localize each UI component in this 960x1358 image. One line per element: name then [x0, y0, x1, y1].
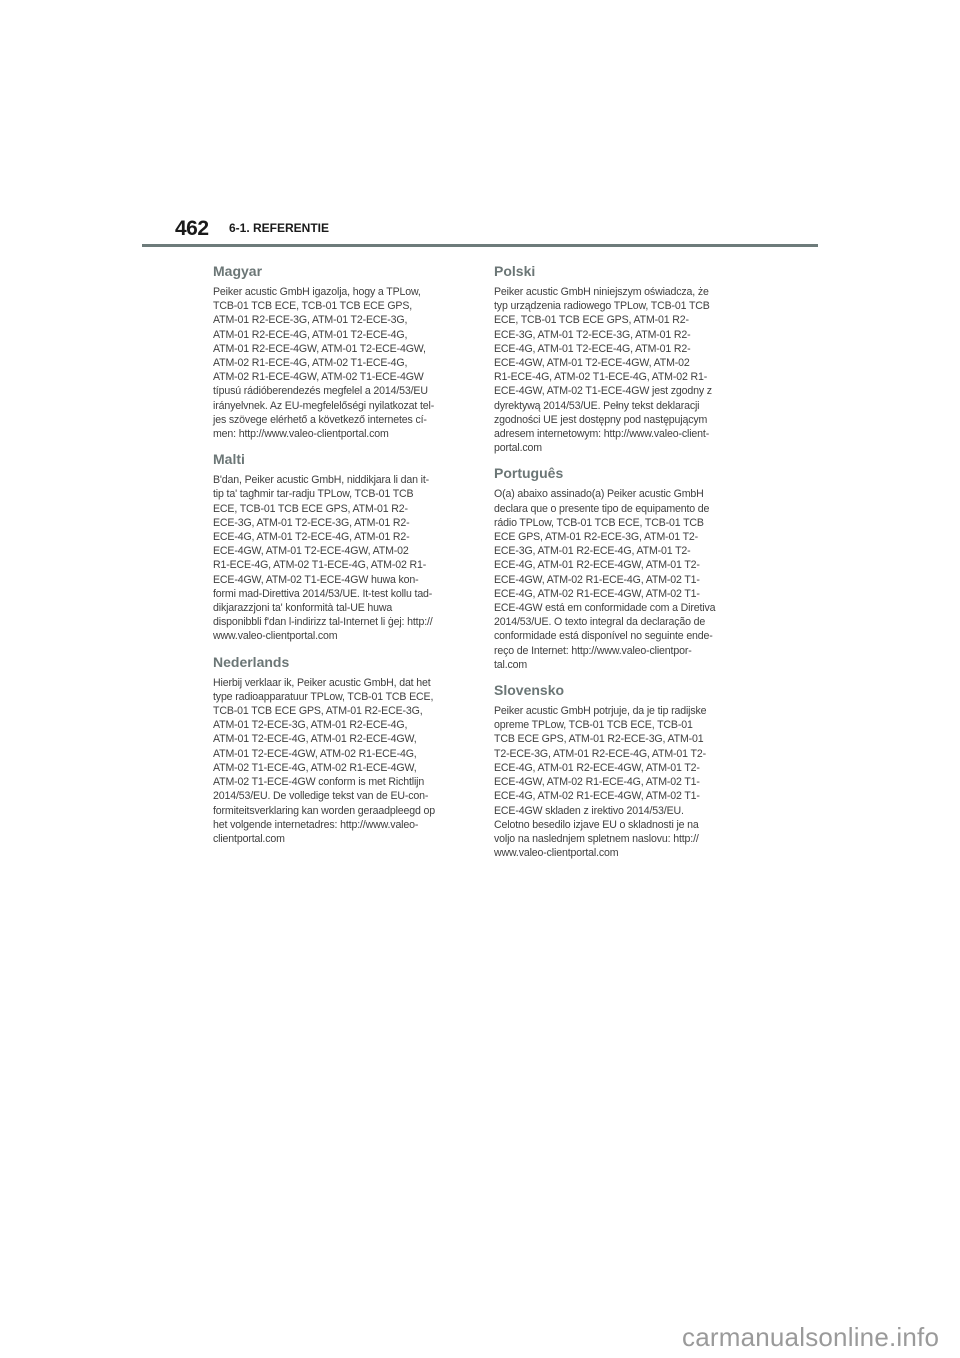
page-number: 462 [175, 217, 209, 241]
language-heading: Nederlands [213, 653, 475, 671]
text-line: R1-ECE-4G, ATM-02 T1-ECE-4G, ATM-02 R1- [213, 558, 475, 572]
text-line: TCB-01 TCB ECE, TCB-01 TCB ECE GPS, [213, 299, 475, 313]
text-line: ECE-4GW, ATM-02 T1-ECE-4GW huwa kon- [213, 573, 475, 587]
declaration-text: Peiker acustic GmbH igazolja, hogy a TPL… [213, 285, 475, 441]
text-line: ATM-01 T2-ECE-4GW, ATM-02 R1-ECE-4G, [213, 747, 475, 761]
text-line: ECE-4GW está em conformidade com a Diret… [494, 601, 764, 615]
text-line: Peiker acustic GmbH potrjuje, da je tip … [494, 704, 764, 718]
language-section-malti: Malti B'dan, Peiker acustic GmbH, niddik… [213, 450, 475, 643]
text-line: ATM-02 T1-ECE-4G, ATM-02 R1-ECE-4GW, [213, 761, 475, 775]
language-heading: Português [494, 464, 764, 482]
watermark: carmanualsonline.info [682, 1322, 939, 1353]
text-line: O(a) abaixo assinado(a) Peiker acustic G… [494, 487, 764, 501]
text-line: disponibbli f'dan l-indirizz tal-Interne… [213, 615, 475, 629]
language-section-portugues: Português O(a) abaixo assinado(a) Peiker… [494, 464, 764, 672]
text-line: ECE-4GW skladen z irektivo 2014/53/EU. [494, 804, 764, 818]
text-line: ECE-4G, ATM-02 R1-ECE-4GW, ATM-02 T1- [494, 587, 764, 601]
declaration-text: O(a) abaixo assinado(a) Peiker acustic G… [494, 487, 764, 672]
declaration-text: Peiker acustic GmbH potrjuje, da je tip … [494, 704, 764, 860]
text-line: ECE-4GW, ATM-02 R1-ECE-4G, ATM-02 T1- [494, 775, 764, 789]
text-line: ECE, TCB-01 TCB ECE GPS, ATM-01 R2- [494, 313, 764, 327]
text-line: clientportal.com [213, 832, 475, 846]
text-line: men: http://www.valeo-clientportal.com [213, 427, 475, 441]
left-column: Magyar Peiker acustic GmbH igazolja, hog… [213, 262, 475, 855]
language-section-slovensko: Slovensko Peiker acustic GmbH potrjuje, … [494, 681, 764, 860]
page-header: 462 6-1. REFERENTIE [140, 214, 820, 248]
language-heading: Polski [494, 262, 764, 280]
text-line: ATM-01 R2-ECE-4GW, ATM-01 T2-ECE-4GW, [213, 342, 475, 356]
text-line: dikjarazzjoni ta' konformità tal-UE huwa [213, 601, 475, 615]
text-line: reço de Internet: http://www.valeo-clien… [494, 644, 764, 658]
text-line: opreme TPLow, TCB-01 TCB ECE, TCB-01 [494, 718, 764, 732]
text-line: Celotno besedilo izjave EU o skladnosti … [494, 818, 764, 832]
text-line: ECE-4GW, ATM-01 T2-ECE-4GW, ATM-02 [213, 544, 475, 558]
text-line: type radioapparatuur TPLow, TCB-01 TCB E… [213, 690, 475, 704]
declaration-text: Hierbij verklaar ik, Peiker acustic GmbH… [213, 676, 475, 846]
declaration-text: Peiker acustic GmbH niniejszym oświadcza… [494, 285, 764, 455]
text-line: conformidade está disponível no seguinte… [494, 629, 764, 643]
section-title: 6-1. REFERENTIE [229, 221, 329, 235]
declaration-text: B'dan, Peiker acustic GmbH, niddikjara l… [213, 473, 475, 643]
text-line: R1-ECE-4G, ATM-02 T1-ECE-4G, ATM-02 R1- [494, 370, 764, 384]
header-divider [142, 244, 818, 247]
text-line: ECE-3G, ATM-01 T2-ECE-3G, ATM-01 R2- [494, 328, 764, 342]
language-section-polski: Polski Peiker acustic GmbH niniejszym oś… [494, 262, 764, 455]
language-heading: Malti [213, 450, 475, 468]
text-line: rádio TPLow, TCB-01 TCB ECE, TCB-01 TCB [494, 516, 764, 530]
text-line: 2014/53/UE. O texto integral da declaraç… [494, 615, 764, 629]
text-line: típusú rádióberendezés megfelel a 2014/5… [213, 384, 475, 398]
text-line: Peiker acustic GmbH igazolja, hogy a TPL… [213, 285, 475, 299]
text-line: ECE-4G, ATM-01 T2-ECE-4G, ATM-01 R2- [213, 530, 475, 544]
text-line: ECE-3G, ATM-01 T2-ECE-3G, ATM-01 R2- [213, 516, 475, 530]
text-line: ECE-4G, ATM-01 R2-ECE-4GW, ATM-01 T2- [494, 558, 764, 572]
text-line: Hierbij verklaar ik, Peiker acustic GmbH… [213, 676, 475, 690]
text-line: 2014/53/EU. De volledige tekst van de EU… [213, 789, 475, 803]
text-line: voljo na naslednjem spletnem naslovu: ht… [494, 832, 764, 846]
text-line: ECE-4GW, ATM-02 R1-ECE-4G, ATM-02 T1- [494, 573, 764, 587]
language-heading: Slovensko [494, 681, 764, 699]
text-line: Peiker acustic GmbH niniejszym oświadcza… [494, 285, 764, 299]
text-line: tip ta' tagħmir tar-radju TPLow, TCB-01 … [213, 487, 475, 501]
text-line: ECE-4GW, ATM-01 T2-ECE-4GW, ATM-02 [494, 356, 764, 370]
text-line: B'dan, Peiker acustic GmbH, niddikjara l… [213, 473, 475, 487]
text-line: ATM-01 T2-ECE-4G, ATM-01 R2-ECE-4GW, [213, 732, 475, 746]
text-line: jes szövege elérhető a következő interne… [213, 413, 475, 427]
text-line: ATM-01 R2-ECE-4G, ATM-01 T2-ECE-4G, [213, 328, 475, 342]
text-line: ECE-4GW, ATM-02 T1-ECE-4GW jest zgodny z [494, 384, 764, 398]
text-line: portal.com [494, 441, 764, 455]
language-heading: Magyar [213, 262, 475, 280]
text-line: zgodności UE jest dostępny pod następują… [494, 413, 764, 427]
text-line: tal.com [494, 658, 764, 672]
text-line: ECE, TCB-01 TCB ECE GPS, ATM-01 R2- [213, 502, 475, 516]
text-line: ECE-4G, ATM-02 R1-ECE-4GW, ATM-02 T1- [494, 789, 764, 803]
text-line: www.valeo-clientportal.com [494, 846, 764, 860]
text-line: ATM-02 R1-ECE-4GW, ATM-02 T1-ECE-4GW [213, 370, 475, 384]
text-line: ATM-01 T2-ECE-3G, ATM-01 R2-ECE-4G, [213, 718, 475, 732]
right-column: Polski Peiker acustic GmbH niniejszym oś… [494, 262, 764, 869]
text-line: ECE GPS, ATM-01 R2-ECE-3G, ATM-01 T2- [494, 530, 764, 544]
text-line: irányelvnek. Az EU-megfelelőségi nyilatk… [213, 399, 475, 413]
language-section-nederlands: Nederlands Hierbij verklaar ik, Peiker a… [213, 653, 475, 846]
text-line: www.valeo-clientportal.com [213, 629, 475, 643]
text-line: declara que o presente tipo de equipamen… [494, 502, 764, 516]
text-line: ATM-02 T1-ECE-4GW conform is met Richtli… [213, 775, 475, 789]
text-line: TCB ECE GPS, ATM-01 R2-ECE-3G, ATM-01 [494, 732, 764, 746]
text-line: het volgende internetadres: http://www.v… [213, 818, 475, 832]
text-line: dyrektywą 2014/53/UE. Pełny tekst deklar… [494, 399, 764, 413]
text-line: ECE-3G, ATM-01 R2-ECE-4G, ATM-01 T2- [494, 544, 764, 558]
text-line: formiteitsverklaring kan worden geraadpl… [213, 804, 475, 818]
text-line: ECE-4G, ATM-01 R2-ECE-4GW, ATM-01 T2- [494, 761, 764, 775]
text-line: ATM-01 R2-ECE-3G, ATM-01 T2-ECE-3G, [213, 313, 475, 327]
language-section-magyar: Magyar Peiker acustic GmbH igazolja, hog… [213, 262, 475, 441]
text-line: ECE-4G, ATM-01 T2-ECE-4G, ATM-01 R2- [494, 342, 764, 356]
text-line: TCB-01 TCB ECE GPS, ATM-01 R2-ECE-3G, [213, 704, 475, 718]
text-line: T2-ECE-3G, ATM-01 R2-ECE-4G, ATM-01 T2- [494, 747, 764, 761]
text-line: ATM-02 R1-ECE-4G, ATM-02 T1-ECE-4G, [213, 356, 475, 370]
text-line: formi mad-Direttiva 2014/53/UE. It-test … [213, 587, 475, 601]
text-line: typ urządzenia radiowego TPLow, TCB-01 T… [494, 299, 764, 313]
text-line: adresem internetowym: http://www.valeo-c… [494, 427, 764, 441]
